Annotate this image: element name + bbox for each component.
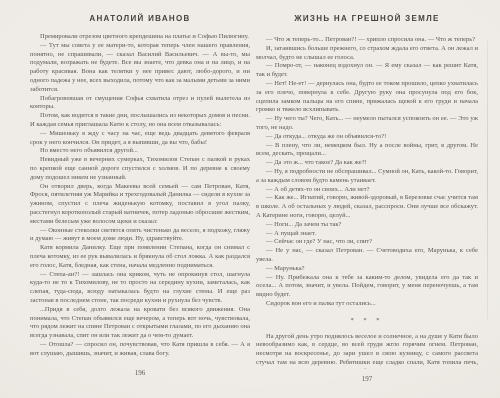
paragraph: — В плену, что ли, немецком был. Ну а по… <box>256 142 478 160</box>
paragraph: Невидный уже в вечерних сумерках, Тихоми… <box>30 156 250 182</box>
paragraph: — Да это ж... что такое? Да как же?! <box>256 159 478 168</box>
paragraph: И, затаившись больше прежнего, со страхо… <box>256 45 478 63</box>
running-header-title: ЖИЗНЬ НА ГРЕШНОЙ ЗЕМЛЕ <box>256 14 478 23</box>
right-page: ЖИЗНЬ НА ГРЕШНОЙ ЗЕМЛЕ — Что ж теперь-то… <box>256 14 478 394</box>
left-page-text: Премировали отрезом цветного крепдешина … <box>30 33 250 369</box>
paragraph: — Ноги... Да зачем ты так? <box>256 221 478 230</box>
paragraph: — Нет! Не-ет! — дернулась она, будто ее … <box>256 80 478 115</box>
paragraph: — Да откуда... откуда же он объявился-то… <box>256 133 478 142</box>
left-page-number: 196 <box>30 369 250 377</box>
paragraph: Потом, как водится в такие дни, послышал… <box>30 112 250 130</box>
paragraph: На другой день утро поднялось веселое и … <box>256 333 478 370</box>
paragraph: — Не у нас, — сказал Петрован. — Счетово… <box>256 247 478 265</box>
paragraph: — Как же... Игнатий, говорю, живой-здоро… <box>256 194 478 220</box>
running-header-author: АНАТОЛИЙ ИВАНОВ <box>30 14 250 23</box>
page-edge-line <box>487 40 488 320</box>
paragraph: — Сейчас он где? У нас, что ли, спит? <box>256 238 478 247</box>
book-scan: АНАТОЛИЙ ИВАНОВ Премировали отрезом цвет… <box>0 0 500 398</box>
section-separator: * * * <box>256 317 478 326</box>
paragraph: — Мишеньку я жду с часу на час, еще ведь… <box>30 130 250 148</box>
paragraph: Премировали отрезом цветного крепдешина … <box>30 33 250 42</box>
paragraph: Он отворил дверь, когда Макеевы всей сем… <box>30 183 250 227</box>
paragraph: Побагровевшая от смущения Софья схватила… <box>30 95 250 113</box>
paragraph: — Марунька? <box>256 265 478 274</box>
paragraph: — А пущай знает. <box>256 230 478 239</box>
left-page: АНАТОЛИЙ ИВАНОВ Премировали отрезом цвет… <box>30 14 250 394</box>
right-page-number: 197 <box>256 375 478 383</box>
paragraph: — Ну, я подробности не обспрашивал... Су… <box>256 168 478 186</box>
paragraph: — Тут мы совета у ее матери-то, которая … <box>30 42 250 95</box>
paragraph: — Оконные стеколки светятся опять чистен… <box>30 227 250 245</box>
right-page-text: — Что ж теперь-то... Петрован?! — хрипло… <box>256 36 478 369</box>
paragraph: — Отошла? — спросил он, почувствовав, чт… <box>30 341 250 359</box>
paragraph: — Ну чего ты? Чего, Кать... — неумело пы… <box>256 115 478 133</box>
paragraph: — А об детях-то он своих... Али нет? <box>256 186 478 195</box>
paragraph: — Степа-ан?! — зашлась она криком, чуть … <box>30 271 250 306</box>
paragraph: ...Придя в себя, долго лежала на кровати… <box>30 306 250 341</box>
paragraph: Катя кормила Данилку. Еще при появлении … <box>30 244 250 270</box>
paragraph: — Помро-от, — наконец вздохнул он. — Я е… <box>256 62 478 80</box>
paragraph: — Ну. Прибежала она к тебе за каким-то д… <box>256 274 478 300</box>
paragraph: Но вместо него объявился другой... <box>30 147 250 156</box>
paragraph: — Что ж теперь-то... Петрован?! — хрипло… <box>256 36 478 45</box>
paragraph: Сидорок вон его и палка тут остались... <box>256 300 478 309</box>
